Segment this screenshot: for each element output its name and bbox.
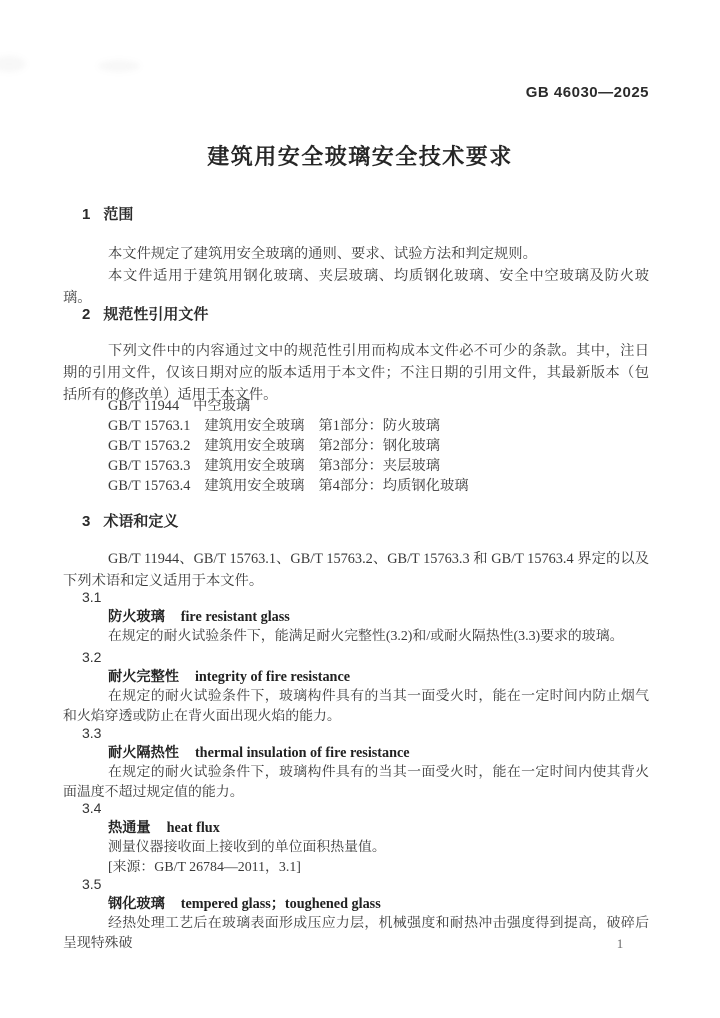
term-name-zh: 耐火隔热性 (108, 745, 179, 761)
term-name-zh: 耐火完整性 (108, 669, 179, 685)
reference-title: 建筑用安全玻璃 (204, 418, 304, 434)
term-number: 3.2 (63, 648, 649, 667)
reference-item: GB/T 15763.1建筑用安全玻璃第1部分：防火玻璃 (63, 416, 649, 436)
term-block: 3.1 防火玻璃fire resistant glass 在规定的耐火试验条件下… (63, 588, 649, 647)
term-name: 热通量heat flux (63, 818, 649, 838)
term-name-zh: 热通量 (108, 820, 151, 836)
term-number: 3.1 (63, 588, 649, 607)
section-refs-heading: 2规范性引用文件 (63, 306, 649, 324)
reference-part: 第2部分：钢化玻璃 (318, 438, 440, 454)
section-title: 范围 (103, 206, 133, 223)
term-name-en: heat flux (167, 820, 220, 836)
reference-code: GB/T 15763.2 (108, 438, 190, 454)
reference-part: 第3部分：夹层玻璃 (318, 458, 440, 474)
term-name-zh: 防火玻璃 (108, 609, 165, 625)
reference-code: GB/T 15763.1 (108, 418, 190, 434)
reference-title: 建筑用安全玻璃 (204, 478, 304, 494)
reference-title: 中空玻璃 (193, 398, 250, 414)
section-title: 规范性引用文件 (103, 306, 208, 323)
term-source: [来源：GB/T 26784—2011，3.1] (63, 858, 649, 877)
reference-part: 第4部分：均质钢化玻璃 (318, 478, 468, 494)
term-definition: 在规定的耐火试验条件下，玻璃构件具有的当其一面受火时，能在一定时间内使其背火面温… (63, 763, 649, 801)
terms-intro: GB/T 11944、GB/T 15763.1、GB/T 15763.2、GB/… (63, 549, 649, 592)
scan-artifact (0, 56, 26, 72)
term-definition: 测量仪器接收面上接收到的单位面积热量值。 (63, 838, 649, 857)
section-number: 2 (82, 306, 90, 323)
term-block: 3.4 热通量heat flux 测量仪器接收面上接收到的单位面积热量值。 [来… (63, 799, 649, 877)
section-title: 术语和定义 (103, 513, 178, 530)
document-title: 建筑用安全玻璃安全技术要求 (0, 140, 720, 171)
reference-title: 建筑用安全玻璃 (204, 438, 304, 454)
scope-paragraph: 本文件规定了建筑用安全玻璃的通则、要求、试验方法和判定规则。 (63, 243, 649, 265)
page-number: 1 (600, 936, 640, 952)
term-number: 3.4 (63, 799, 649, 818)
term-name: 防火玻璃fire resistant glass (63, 607, 649, 627)
term-block: 3.3 耐火隔热性thermal insulation of fire resi… (63, 724, 649, 802)
term-definition: 在规定的耐火试验条件下，玻璃构件具有的当其一面受火时，能在一定时间内防止烟气和火… (63, 687, 649, 725)
reference-item: GB/T 11944中空玻璃 (63, 396, 649, 416)
term-name-en: tempered glass；toughened glass (181, 896, 381, 912)
standard-code: GB 46030—2025 (63, 84, 649, 101)
reference-item: GB/T 15763.4建筑用安全玻璃第4部分：均质钢化玻璃 (63, 476, 649, 496)
reference-part: 第1部分：防火玻璃 (318, 418, 440, 434)
terms-intro-paragraph: GB/T 11944、GB/T 15763.1、GB/T 15763.2、GB/… (63, 549, 649, 592)
section-number: 3 (82, 513, 90, 530)
term-block: 3.5 钢化玻璃tempered glass；toughened glass 经… (63, 875, 649, 953)
scope-paragraph: 本文件适用于建筑用钢化玻璃、夹层玻璃、均质钢化玻璃、安全中空玻璃及防火玻璃。 (63, 265, 649, 309)
term-name-zh: 钢化玻璃 (108, 896, 165, 912)
term-definition: 在规定的耐火试验条件下，能满足耐火完整性(3.2)和/或耐火隔热性(3.3)要求… (63, 627, 649, 646)
reference-code: GB/T 11944 (108, 398, 179, 414)
reference-item: GB/T 15763.2建筑用安全玻璃第2部分：钢化玻璃 (63, 436, 649, 456)
scan-artifact (98, 60, 140, 72)
term-definition: 经热处理工艺后在玻璃表面形成压应力层，机械强度和耐热冲击强度得到提高，破碎后呈现… (63, 914, 649, 952)
term-name-en: thermal insulation of fire resistance (195, 745, 410, 761)
reference-code: GB/T 15763.4 (108, 478, 190, 494)
reference-title: 建筑用安全玻璃 (204, 458, 304, 474)
reference-list: GB/T 11944中空玻璃 GB/T 15763.1建筑用安全玻璃第1部分：防… (63, 396, 649, 496)
scope-paragraphs: 本文件规定了建筑用安全玻璃的通则、要求、试验方法和判定规则。 本文件适用于建筑用… (63, 243, 649, 309)
term-name-en: integrity of fire resistance (195, 669, 350, 685)
reference-code: GB/T 15763.3 (108, 458, 190, 474)
scanned-document-page: GB 46030—2025 建筑用安全玻璃安全技术要求 1范围 本文件规定了建筑… (0, 0, 720, 1018)
section-scope-heading: 1范围 (63, 206, 649, 224)
term-number: 3.3 (63, 724, 649, 743)
term-block: 3.2 耐火完整性integrity of fire resistance 在规… (63, 648, 649, 726)
section-terms-heading: 3术语和定义 (63, 513, 649, 531)
term-name: 耐火隔热性thermal insulation of fire resistan… (63, 743, 649, 763)
term-number: 3.5 (63, 875, 649, 894)
term-name-en: fire resistant glass (181, 609, 290, 625)
section-number: 1 (82, 206, 90, 223)
term-name: 钢化玻璃tempered glass；toughened glass (63, 894, 649, 914)
term-name: 耐火完整性integrity of fire resistance (63, 667, 649, 687)
reference-item: GB/T 15763.3建筑用安全玻璃第3部分：夹层玻璃 (63, 456, 649, 476)
